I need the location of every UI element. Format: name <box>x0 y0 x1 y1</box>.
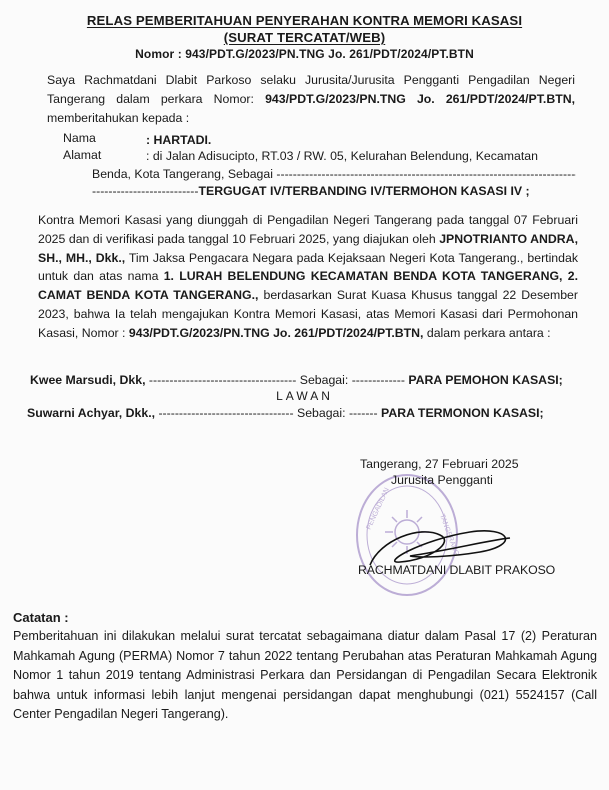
status-dashes: -------------------------- <box>92 184 198 198</box>
party1-role: PARA PEMOHON KASASI; <box>408 373 562 387</box>
party2-name: Suwarni Achyar, Dkk., <box>27 406 155 420</box>
document-number: Nomor : 943/PDT.G/2023/PN.TNG Jo. 261/PD… <box>0 47 609 61</box>
intro-paragraph: Saya Rachmatdani Dlabit Parkoso selaku J… <box>47 71 575 127</box>
document-subtitle: (SURAT TERCATAT/WEB) <box>0 30 609 45</box>
intro-text-after: memberitahukan kepada : <box>47 111 189 125</box>
catatan-heading: Catatan : <box>13 610 69 625</box>
document-title: RELAS PEMBERITAHUAN PENYERAHAN KONTRA ME… <box>0 13 609 28</box>
recipient-status: --------------------------TERGUGAT IV/TE… <box>92 184 576 198</box>
alamat-continued: Benda, Kota Tangerang, Sebagai ---------… <box>92 167 576 181</box>
signatory-name: RACHMATDANI DLABIT PRAKOSO <box>358 563 555 577</box>
title-line-2: (SURAT TERCATAT/WEB) <box>224 30 385 45</box>
party1-name: Kwee Marsudi, Dkk, <box>30 373 146 387</box>
nama-label: Nama <box>63 131 96 145</box>
lawan-label: LAWAN <box>0 389 609 403</box>
party-pemohon: Kwee Marsudi, Dkk, ---------------------… <box>30 373 563 387</box>
party2-role: PARA TERMONON KASASI; <box>381 406 544 420</box>
status-text: TERGUGAT IV/TERBANDING IV/TERMOHON KASAS… <box>198 184 529 198</box>
party1-sebagai: ------------------------------------ Seb… <box>146 373 409 387</box>
intro-case-number: 943/PDT.G/2023/PN.TNG Jo. 261/PDT/2024/P… <box>265 92 575 106</box>
title-line-1: RELAS PEMBERITAHUAN PENYERAHAN KONTRA ME… <box>87 13 522 28</box>
party-termohon: Suwarni Achyar, Dkk., ------------------… <box>27 406 544 420</box>
alamat-value: : di Jalan Adisucipto, RT.03 / RW. 05, K… <box>146 149 576 163</box>
catatan-text: Pemberitahuan ini dilakukan melalui sura… <box>13 627 597 725</box>
body-text-4: dalam perkara antara : <box>423 326 550 340</box>
signature-place-date: Tangerang, 27 Februari 2025 <box>360 457 519 471</box>
signature-role: Jurusita Pengganti <box>391 473 493 487</box>
body-paragraph: Kontra Memori Kasasi yang diunggah di Pe… <box>38 211 578 343</box>
nama-value: : HARTADI. <box>146 133 211 147</box>
party2-sebagai: --------------------------------- Sebaga… <box>155 406 381 420</box>
alamat-label: Alamat <box>63 148 101 162</box>
body-case-number: 943/PDT.G/2023/PN.TNG Jo. 261/PDT/2024/P… <box>129 326 424 340</box>
document-page: RELAS PEMBERITAHUAN PENYERAHAN KONTRA ME… <box>0 0 609 790</box>
